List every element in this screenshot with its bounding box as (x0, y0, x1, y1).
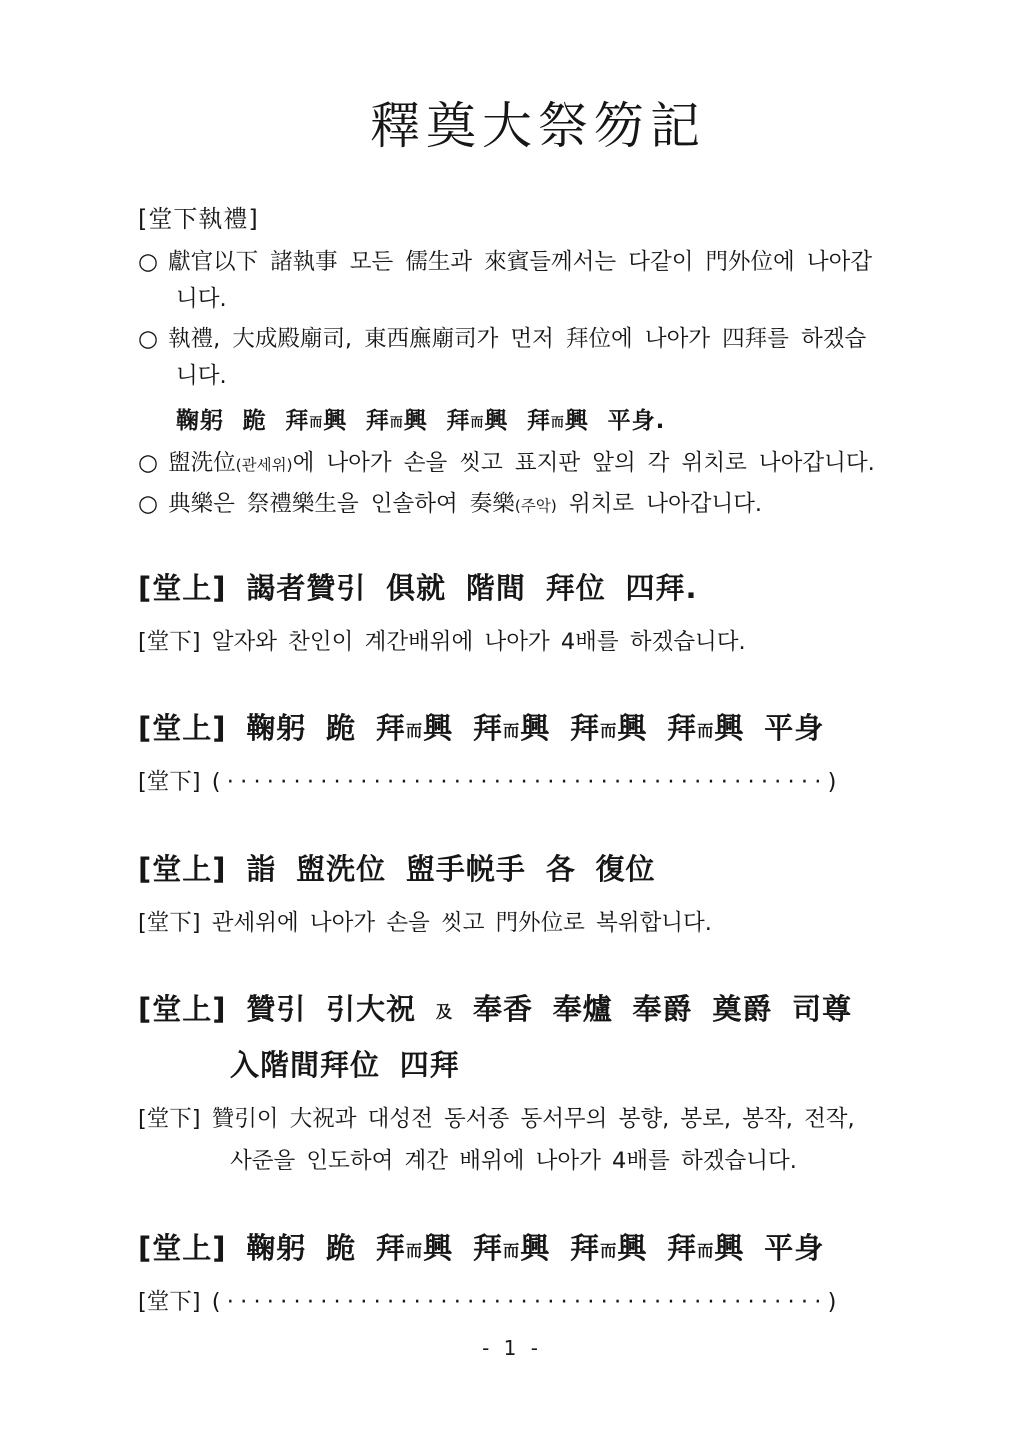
er-glyph-small: 而 (470, 416, 484, 431)
er-glyph-small: 而 (503, 1241, 520, 1260)
er-glyph-small: 而 (309, 416, 323, 431)
heung-glyph: 興 (520, 711, 550, 745)
document-title: 釋奠大祭笏記 (138, 94, 938, 159)
ritual-bullet-item-1: ○獻官以下 諸執事 모든 儒生과 來賓들께서는 다같이 門外位에 나아갑니다. (138, 244, 938, 318)
er-glyph-small: 而 (503, 722, 520, 741)
bullet-4-text-pre: 典樂은 祭禮樂生을 인솔하여 奏樂 (168, 491, 515, 517)
document-page: 釋奠大祭笏記 [堂下執禮] ○獻官以下 諸執事 모든 儒生과 來賓들께서는 다같… (0, 0, 1024, 1448)
heung-glyph: 興 (423, 711, 453, 745)
bow-unit-4: 拜而興 (667, 1231, 744, 1265)
prelude-section-label: [堂下執禮] (138, 199, 938, 234)
bai-glyph: 拜 (376, 711, 406, 745)
bai-glyph: 拜 (667, 711, 697, 745)
bai-glyph: 拜 (570, 1231, 600, 1265)
ritual-bullet-item-3: ○盥洗位(관세위)에 나아가 손을 씻고 표지판 앞의 각 위치로 나아갑니다. (138, 445, 938, 482)
dangha-1-text: 알자와 찬인이 계간배위에 나아가 4배를 하겠습니다. (212, 629, 746, 655)
bullet-4-text-post: 위치로 나아갑니다. (569, 491, 762, 517)
circle-bullet-icon: ○ (138, 491, 158, 517)
bow-unit-1: 拜而興 (376, 711, 453, 745)
er-glyph-small: 而 (600, 1241, 617, 1260)
bow-unit-2: 拜而興 (473, 711, 550, 745)
dangha-label: [堂下] (138, 910, 201, 936)
bai-glyph: 拜 (285, 408, 309, 434)
bow-unit-4: 拜而興 (527, 408, 589, 434)
er-glyph-small: 而 (551, 416, 565, 431)
dangha-4-text-line1: 贊引이 大祝과 대성전 동서종 동서무의 봉향, 봉로, 봉작, 전작, (212, 1106, 855, 1132)
bow-unit-3: 拜而興 (446, 408, 508, 434)
heung-glyph: 興 (423, 1231, 453, 1265)
dangsang-heading-5: [堂上] 鞠躬 跪 拜而興 拜而興 拜而興 拜而興 平身 (138, 1227, 938, 1269)
dangha-label: [堂下] (138, 629, 201, 655)
dangsang-label: [堂上] (138, 571, 227, 605)
dangha-caption-3: [堂下] 관세위에 나아가 손을 씻고 門外位로 복위합니다. (138, 902, 938, 944)
dangha-label: [堂下] (138, 1106, 201, 1132)
bullet-1-text-line1: 獻官以下 諸執事 모든 儒生과 來賓들께서는 다같이 門外位에 나아갑 (168, 249, 872, 275)
bai-glyph: 拜 (473, 711, 503, 745)
dangsang-3-text: 詣 盥洗位 盥手帨手 各 復位 (246, 852, 655, 886)
bai-glyph: 拜 (366, 408, 390, 434)
bai-glyph: 拜 (446, 408, 470, 434)
er-glyph-small: 而 (406, 1241, 423, 1260)
heung-glyph: 興 (520, 1231, 550, 1265)
dangha-caption-5: [堂下] (··································… (138, 1281, 938, 1323)
heung-glyph: 興 (714, 711, 744, 745)
er-glyph-small: 而 (406, 722, 423, 741)
ritual-bullet-item-4: ○典樂은 祭禮樂生을 인솔하여 奏樂(주악) 위치로 나아갑니다. (138, 486, 938, 523)
dangsang-label: [堂上] (138, 711, 227, 745)
bow-unit-4: 拜而興 (667, 711, 744, 745)
heung-glyph: 興 (617, 1231, 647, 1265)
er-glyph-small: 而 (697, 1241, 714, 1260)
bullet-3-hanja: 盥洗位 (168, 450, 236, 476)
bow-instruction-note: 鞠躬 跪 拜而興 拜而興 拜而興 拜而興 平身. (138, 402, 938, 435)
heung-glyph: 興 (565, 408, 589, 434)
dangsang-1-text: 謁者贊引 俱就 階間 拜位 四拜. (246, 571, 697, 605)
dangha-4-text-line2: 사준을 인도하여 계간 배위에 나아가 4배를 하겠습니다. (230, 1148, 797, 1174)
circle-bullet-icon: ○ (138, 326, 158, 352)
bow-unit-1: 拜而興 (285, 408, 347, 434)
bow-unit-1: 拜而興 (376, 1231, 453, 1265)
heung-glyph: 興 (617, 711, 647, 745)
bullet-1-text-line2: 니다. (176, 286, 227, 312)
bullet-2-text-line1: 執禮, 大成殿廟司, 東西廡廟司가 먼저 拜位에 나아가 四拜를 하겠습 (168, 326, 866, 352)
ritual-bullet-item-2: ○執禮, 大成殿廟司, 東西廡廟司가 먼저 拜位에 나아가 四拜를 하겠습니다. (138, 321, 938, 395)
dotted-ellipsis: (·······································… (212, 1289, 843, 1315)
prelude-section: [堂下執禮] ○獻官以下 諸執事 모든 儒生과 來賓들께서는 다같이 門外位에 … (138, 199, 938, 523)
bow-suffix: 平身. (608, 408, 666, 434)
bow-prefix: 鞠躬 跪 (246, 1231, 356, 1265)
dangsang-label: [堂上] (138, 1231, 227, 1265)
bow-unit-3: 拜而興 (570, 711, 647, 745)
bullet-3-text: 에 나아가 손을 씻고 표지판 앞의 각 위치로 나아갑니다. (293, 450, 875, 476)
bai-glyph: 拜 (473, 1231, 503, 1265)
dangsang-4-text-pre: 贊引 引大祝 (246, 992, 416, 1026)
bullet-4-korean-gloss: (주악) (515, 497, 557, 515)
circle-bullet-icon: ○ (138, 249, 158, 275)
dangsang-4-text-post: 奉香 奉爐 奉爵 奠爵 司尊 (473, 992, 852, 1026)
dangha-caption-1: [堂下] 알자와 찬인이 계간배위에 나아가 4배를 하겠습니다. (138, 621, 938, 663)
dangha-label: [堂下] (138, 769, 201, 795)
heung-glyph: 興 (484, 408, 508, 434)
heung-glyph: 興 (404, 408, 428, 434)
bow-prefix: 鞠躬 跪 (246, 711, 356, 745)
page-number-footer: - 1 - (0, 1336, 1024, 1360)
dangha-caption-2: [堂下] (··································… (138, 761, 938, 803)
page-content: 釋奠大祭笏記 [堂下執禮] ○獻官以下 諸執事 모든 儒生과 來賓들께서는 다같… (138, 94, 938, 1323)
dangha-label: [堂下] (138, 1289, 201, 1315)
dangsang-heading-3: [堂上] 詣 盥洗位 盥手帨手 各 復位 (138, 848, 938, 890)
er-glyph-small: 而 (390, 416, 404, 431)
dangsang-heading-2: [堂上] 鞠躬 跪 拜而興 拜而興 拜而興 拜而興 平身 (138, 707, 938, 749)
heung-glyph: 興 (714, 1231, 744, 1265)
heung-glyph: 興 (323, 408, 347, 434)
bai-glyph: 拜 (527, 408, 551, 434)
dangha-caption-4: [堂下] 贊引이 大祝과 대성전 동서종 동서무의 봉향, 봉로, 봉작, 전작… (138, 1098, 938, 1183)
bow-unit-3: 拜而興 (570, 1231, 647, 1265)
circle-bullet-icon: ○ (138, 450, 158, 476)
bow-prefix: 鞠躬 跪 (176, 408, 267, 434)
geup-glyph-small: 及 (436, 1002, 453, 1021)
bow-suffix: 平身 (764, 1231, 824, 1265)
dotted-ellipsis: (·······································… (212, 769, 843, 795)
bai-glyph: 拜 (376, 1231, 406, 1265)
dangsang-heading-1: [堂上] 謁者贊引 俱就 階間 拜位 四拜. (138, 567, 938, 609)
bow-suffix: 平身 (764, 711, 824, 745)
dangha-3-text: 관세위에 나아가 손을 씻고 門外位로 복위합니다. (212, 910, 712, 936)
bullet-3-korean-gloss: (관세위) (236, 456, 293, 474)
dangsang-4-line2: 入階間拜位 四拜 (138, 1044, 938, 1086)
er-glyph-small: 而 (697, 722, 714, 741)
er-glyph-small: 而 (600, 722, 617, 741)
dangsang-label: [堂上] (138, 852, 227, 886)
bullet-2-text-line2: 니다. (176, 363, 227, 389)
bow-unit-2: 拜而興 (473, 1231, 550, 1265)
dangsang-4-line1: [堂上] 贊引 引大祝 及 奉香 奉爐 奉爵 奠爵 司尊 (138, 988, 938, 1030)
bow-unit-2: 拜而興 (366, 408, 428, 434)
bai-glyph: 拜 (570, 711, 600, 745)
bai-glyph: 拜 (667, 1231, 697, 1265)
dangsang-heading-4: [堂上] 贊引 引大祝 及 奉香 奉爐 奉爵 奠爵 司尊 入階間拜位 四拜 (138, 988, 938, 1086)
dangsang-label: [堂上] (138, 992, 227, 1026)
